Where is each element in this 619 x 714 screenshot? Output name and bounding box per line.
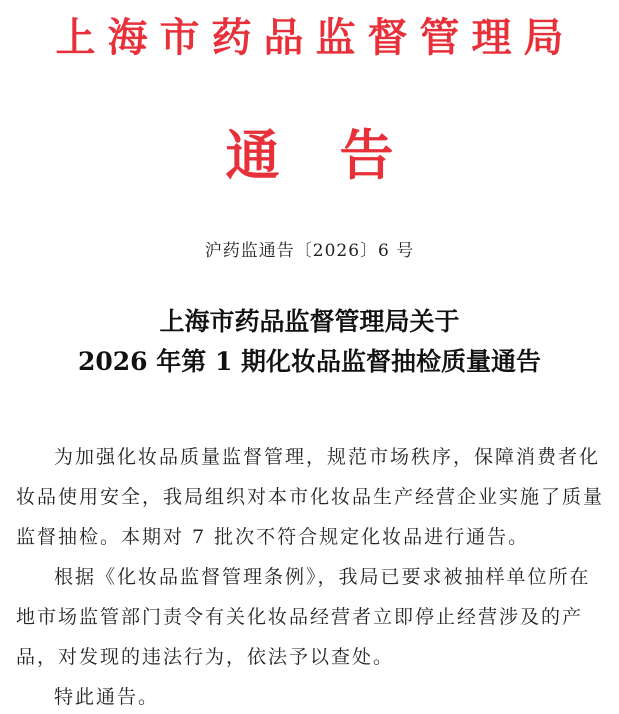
document-body: 为加强化妆品质量监督管理，规范市场秩序，保障消费者化妆品使用安全，我局组织对本市… [16, 437, 610, 714]
document-headline: 上海市药品监督管理局关于 2026 年第 1 期化妆品监督抽检质量通告 [0, 302, 619, 382]
document-number: 沪药监通告〔2026〕6 号 [0, 238, 619, 264]
closing-line: 特此通告。 [16, 677, 610, 714]
body-paragraph: 为加强化妆品质量监督管理，规范市场秩序，保障消费者化妆品使用安全，我局组织对本市… [16, 437, 610, 557]
headline-line-2: 2026 年第 1 期化妆品监督抽检质量通告 [0, 342, 619, 382]
body-paragraph: 根据《化妆品监督管理条例》，我局已要求被抽样单位所在地市场监管部门责令有关化妆品… [16, 557, 610, 677]
headline-line-1: 上海市药品监督管理局关于 [0, 302, 619, 342]
agency-header: 上海市药品监督管理局 [0, 14, 619, 62]
notice-title: 通告 [0, 124, 619, 186]
